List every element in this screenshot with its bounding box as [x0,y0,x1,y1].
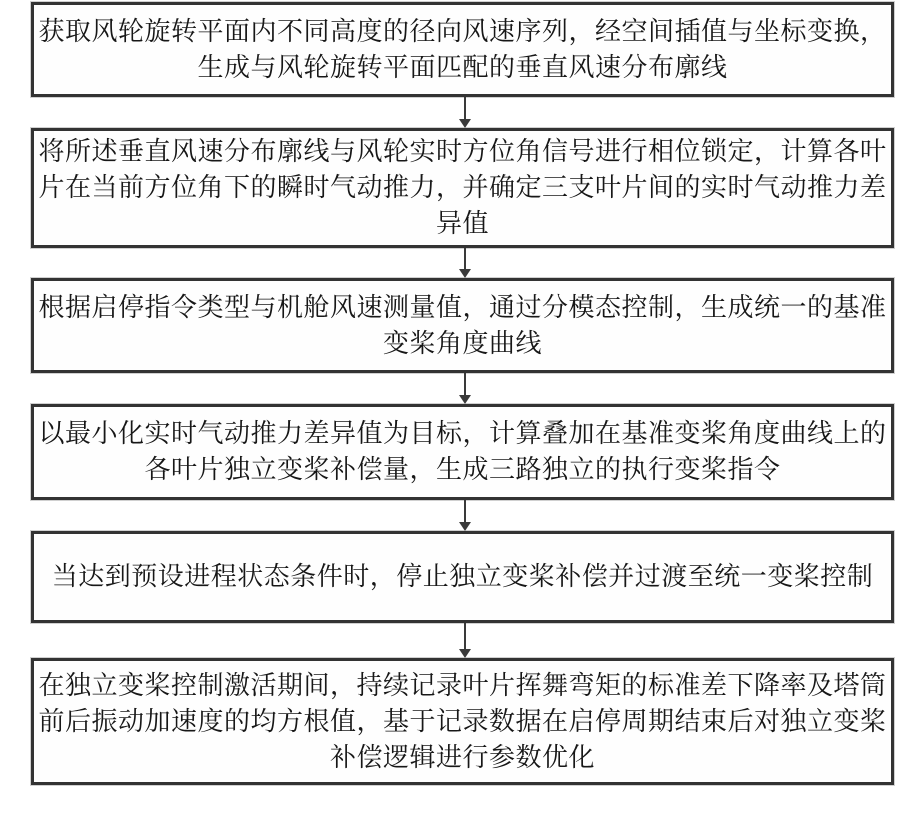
down-arrow-icon [459,395,471,404]
step-text-line: 变桨角度曲线 [383,326,542,362]
step-text-line: 补偿逻辑进行参数优化 [330,740,595,776]
flow-step-3: 根据启停指令类型与机舱风速测量值，通过分模态控制，生成统一的基准 变桨角度曲线 [31,278,894,373]
down-arrow-connector-5 [459,623,471,658]
down-arrow-connector-2 [459,248,471,278]
down-arrow-icon [459,649,471,658]
down-arrow-connector-3 [459,373,471,404]
step-text-line: 各叶片独立变桨补偿量，生成三路独立的执行变桨指令 [144,452,780,488]
flow-step-2: 将所述垂直风速分布廓线与风轮实时方位角信号进行相位锁定，计算各叶 片在当前方位角… [31,128,894,248]
step-text-line: 在独立变桨控制激活期间，持续记录叶片挥舞弯矩的标准差下降率及塔筒 [38,668,886,704]
flowchart-canvas: 获取风轮旋转平面内不同高度的径向风速序列，经空间插值与坐标变换， 生成与风轮旋转… [0,0,921,814]
down-arrow-icon [459,522,471,531]
arrow-shaft [464,623,466,652]
step-text-line: 根据启停指令类型与机舱风速测量值，通过分模态控制，生成统一的基准 [38,290,886,326]
flow-step-1: 获取风轮旋转平面内不同高度的径向风速序列，经空间插值与坐标变换， 生成与风轮旋转… [31,2,894,97]
down-arrow-icon [459,269,471,278]
flow-step-4: 以最小化实时气动推力差异值为目标，计算叠加在基准变桨角度曲线上的 各叶片独立变桨… [31,404,894,500]
step-text-line: 生成与风轮旋转平面匹配的垂直风速分布廓线 [197,50,727,86]
step-text-line: 将所述垂直风速分布廓线与风轮实时方位角信号进行相位锁定，计算各叶 [38,134,886,170]
step-text-line: 异值 [436,206,489,242]
down-arrow-icon [459,119,471,128]
step-text-line: 以最小化实时气动推力差异值为目标，计算叠加在基准变桨角度曲线上的 [38,416,886,452]
step-text-line: 前后振动加速度的均方根值，基于记录数据在启停周期结束后对独立变桨 [38,704,886,740]
down-arrow-connector-4 [459,500,471,531]
step-text-line: 片在当前方位角下的瞬时气动推力，并确定三支叶片间的实时气动推力差 [38,170,886,206]
flow-step-6: 在独立变桨控制激活期间，持续记录叶片挥舞弯矩的标准差下降率及塔筒 前后振动加速度… [31,658,894,785]
step-text-line: 获取风轮旋转平面内不同高度的径向风速序列，经空间插值与坐标变换， [38,14,886,50]
step-text-line: 当达到预设进程状态条件时，停止独立变桨补偿并过渡至统一变桨控制 [52,559,874,595]
down-arrow-connector-1 [459,97,471,128]
flow-step-5: 当达到预设进程状态条件时，停止独立变桨补偿并过渡至统一变桨控制 [31,531,894,623]
